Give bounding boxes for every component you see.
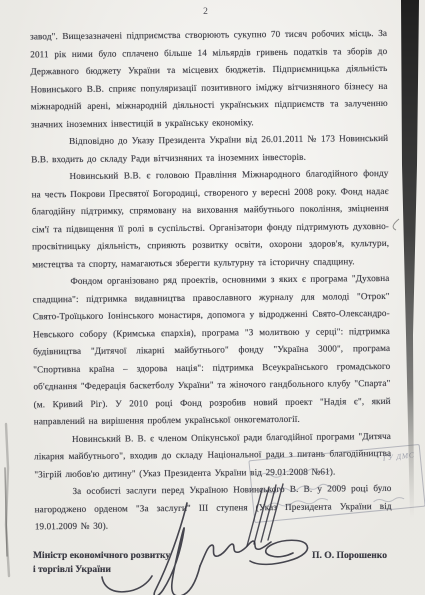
signatory-name: П. О. Порошенко [312,550,387,561]
paragraph-charity-fund: Новинський В.В. є головою Правління Міжн… [31,165,389,273]
paragraph-enterprises: завод". Вищезазначені підприємства створ… [30,25,388,133]
paragraph-fund-projects: Фондом організовано ряд проектів, основн… [32,270,390,431]
document-body: завод". Вищезазначені підприємства створ… [30,25,392,536]
scanned-document-page: 2 завод". Вищезазначені підприємства ств… [0,0,425,595]
paragraph-charity-council: Новинський В. В. є членом Опікунської ра… [34,427,391,483]
signatory-title-line1: Міністр економічного розвитку [33,549,170,563]
paragraph-order-of-merit: За особисті заслуги перед Україною Новин… [34,480,391,536]
paragraph-decree-investors: Відповідно до Указу Президента України в… [31,130,388,168]
scan-streak-left [5,424,9,576]
scan-edge-band-right [393,0,419,518]
page-number: 2 [0,7,411,17]
signatory-title: Міністр економічного розвитку і торгівлі… [33,549,170,576]
signatory-title-line2: і торгівлі України [33,563,170,577]
